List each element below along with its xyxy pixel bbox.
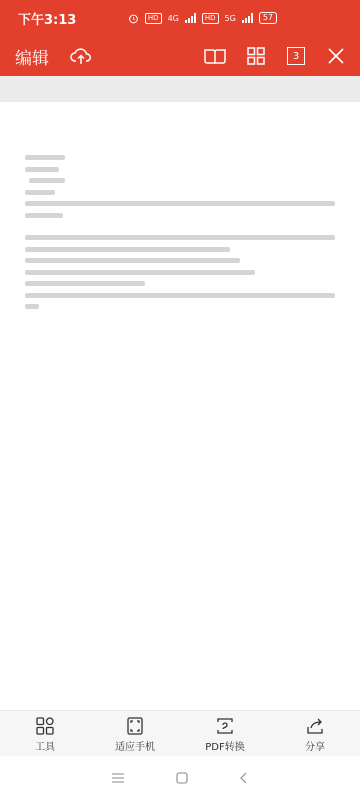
- battery-icon: 57: [259, 12, 277, 24]
- share-button[interactable]: 分享: [270, 711, 360, 757]
- alarm-icon: [128, 13, 139, 24]
- fit-screen-button[interactable]: 适应手机: [90, 711, 180, 757]
- toolbar: 编辑 3: [0, 36, 360, 76]
- signal-icon-2: [242, 13, 253, 23]
- hd-icon: HD: [145, 13, 162, 24]
- page-count-button[interactable]: 3: [284, 44, 308, 68]
- text-line-placeholder: [25, 281, 145, 286]
- share-label: 分享: [305, 738, 325, 753]
- pdf-convert-button[interactable]: PDF转换: [180, 711, 270, 757]
- hd-icon-2: HD: [202, 13, 219, 24]
- document-body-redacted: [25, 155, 340, 316]
- status-icons: HD 4G HD 5G 57: [128, 12, 277, 24]
- close-icon[interactable]: [324, 44, 348, 68]
- share-icon: [306, 717, 324, 735]
- tools-icon: [36, 717, 54, 735]
- status-bar: 下午3:13 HD 4G HD 5G 57: [0, 0, 360, 36]
- read-mode-icon[interactable]: [203, 44, 227, 68]
- menu-icon[interactable]: [112, 773, 124, 783]
- bottom-toolbar: 工具 适应手机 PDF转换 分享: [0, 710, 360, 757]
- signal-icon: [185, 13, 196, 23]
- text-line-placeholder: [25, 167, 59, 172]
- document-page[interactable]: [0, 102, 360, 710]
- text-line-placeholder: [25, 201, 335, 206]
- text-line-placeholder: [29, 178, 65, 183]
- text-line-placeholder: [25, 304, 39, 309]
- page-count: 3: [287, 47, 305, 65]
- text-line-placeholder: [25, 293, 335, 298]
- text-line-placeholder: [25, 155, 65, 160]
- tools-label: 工具: [35, 738, 55, 753]
- home-icon[interactable]: [176, 772, 188, 784]
- text-line-placeholder: [25, 190, 55, 195]
- status-time: 下午3:13: [18, 9, 76, 28]
- back-icon[interactable]: [240, 772, 248, 784]
- text-line-placeholder: [25, 213, 63, 218]
- text-line-placeholder: [25, 270, 255, 275]
- network-type-2: 5G: [225, 14, 236, 23]
- grid-view-icon[interactable]: [244, 44, 268, 68]
- system-nav-bar: [0, 756, 360, 800]
- cloud-upload-icon[interactable]: [69, 44, 93, 68]
- page-gap: [0, 76, 360, 102]
- pdf-convert-label: PDF转换: [205, 738, 244, 753]
- network-type-1: 4G: [168, 14, 179, 23]
- text-line-placeholder: [25, 235, 335, 240]
- text-line-placeholder: [25, 247, 230, 252]
- pdf-convert-icon: [216, 717, 234, 735]
- fit-screen-icon: [127, 717, 143, 735]
- fit-screen-label: 适应手机: [115, 738, 155, 753]
- tools-button[interactable]: 工具: [0, 711, 90, 757]
- edit-button[interactable]: 编辑: [15, 44, 49, 69]
- text-line-placeholder: [25, 258, 240, 263]
